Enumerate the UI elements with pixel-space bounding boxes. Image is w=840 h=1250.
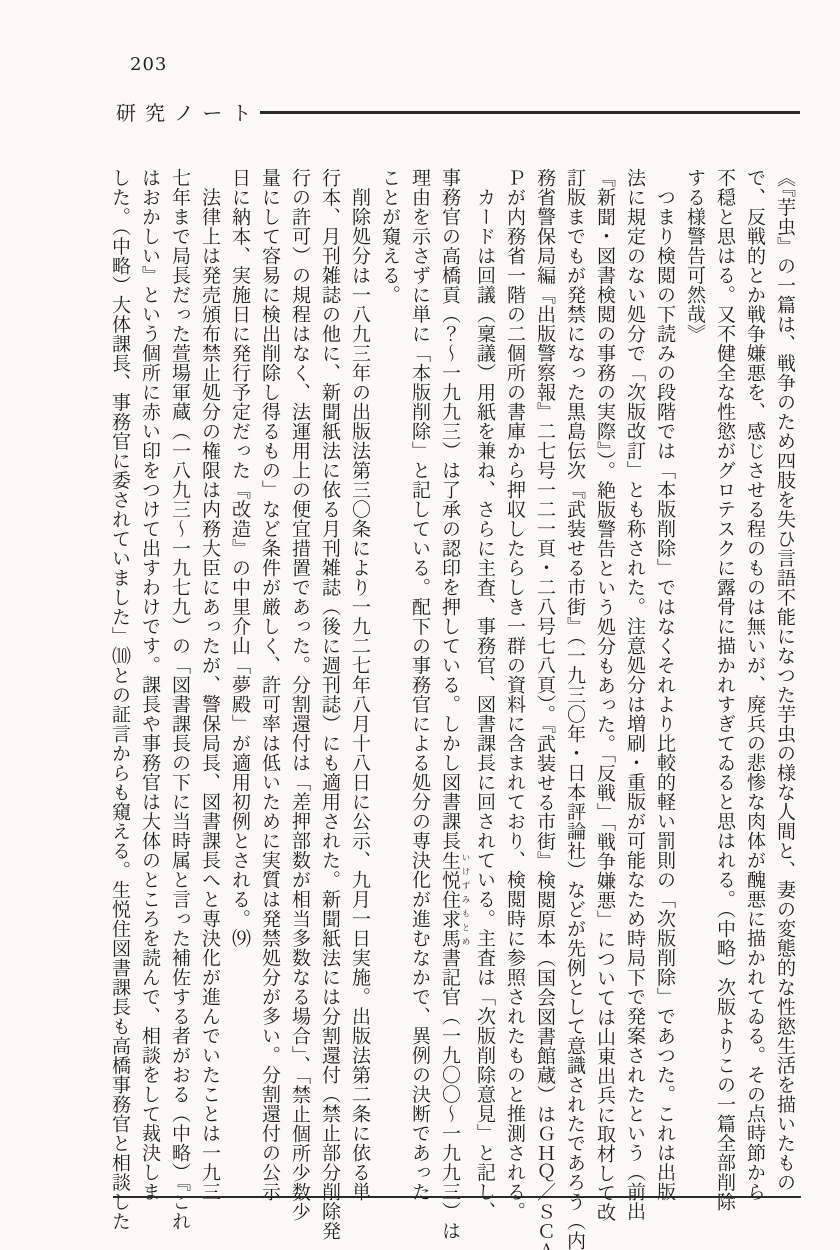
text-column: つまり検閲の下読みの段階では「本版削除」ではなくそれより比較的軽い罰則の「次版削…: [650, 168, 680, 1190]
text-column: Ｐが内務省一階の二個所の書庫から押収したらしき一群の資料に含まれており、検閲時に…: [500, 168, 530, 1190]
running-head: 研究ノート: [116, 97, 800, 126]
text-column: 量にして容易に検出削除し得るもの」など条件が厳しく、許可率は低いために実質は発禁…: [255, 168, 285, 1190]
scanned-document-page: 203 研究ノート 《『芋虫』の一篇は、戦争のため四肢を失ひ言語不能になつた芋虫…: [0, 0, 840, 1250]
text-column-with-ruby: 事務官の高橋貢（？〜一九九三）は了承の認印を押している。しかし図書課長生悦住求馬…: [435, 168, 470, 1190]
text-column: ことが窺える。: [375, 168, 405, 1190]
text-column: 日に納本、実施日に発行予定だった『改造』の中里介山「夢殿」が適用初例とされる。⑼: [225, 168, 255, 1190]
person-name-ruby: 生悦住求馬いけずみもとめ: [439, 851, 461, 949]
running-head-label: 研究ノート: [116, 97, 260, 126]
vertical-text-body: 《『芋虫』の一篇は、戦争のため四肢を失ひ言語不能になつた芋虫の様な人間と、妻の変…: [110, 168, 800, 1190]
text-column: 法律上は発売頒布禁止処分の権限は内務大臣にあったが、警保局長、図書課長へと専決化…: [195, 168, 225, 1190]
text-column: した。（中略）大体課長、事務官に委されていました」⑽との証言からも窺える。生悦住…: [105, 168, 135, 1190]
ruby-base: 生悦住求馬: [439, 851, 461, 949]
text-column: 行の許可）の規程はなく、法運用上の便宜措置であった。分割還付は「差押部数が相当多…: [285, 168, 315, 1190]
text-column: 訂版までもが発禁になった黒島伝次『武装せる市街』（一九三〇年・日本評論社）などが…: [560, 168, 590, 1190]
page-number: 203: [130, 54, 167, 75]
text-column: 行本、月刊雑誌の他に、新聞紙法に依る月刊雑誌（後に週刊誌）にも適用された。新聞紙…: [315, 168, 345, 1190]
text-column: 『新聞・図書検閲の事務の実際』）。絶版警告という処分もあった。「反戦」「戦争嫌悪…: [590, 168, 620, 1190]
text-column: 七年まで局長だった萱場軍蔵（一八九三〜一九七九）の「図書課長の下に当時属と言った…: [165, 168, 195, 1190]
text-column: カードは回議（稟議）用紙を兼ね、さらに主査、事務官、図書課長に回されている。主査…: [470, 168, 500, 1190]
text-column: 《『芋虫』の一篇は、戦争のため四肢を失ひ言語不能になつた芋虫の様な人間と、妻の変…: [770, 168, 800, 1190]
text-column: はおかしい』という個所に赤い印をつけて出すわけです。課長や事務官は大体のところを…: [135, 168, 165, 1190]
text-column: で、反戦的とか戦争嫌悪を、感じさせる程のものは無いが、廃兵の悲惨な肉体が醜悪に描…: [740, 168, 770, 1190]
text-segment: 事務官の高橋貢（？〜一九九三）は了承の認印を押している。しかし図書課長: [439, 168, 461, 851]
text-column: 不穏と思はる。又不健全な性慾がグロテスクに露骨に描かれすぎてゐると思はれる。（中…: [710, 168, 740, 1190]
text-column: 法に規定のない処分で「次版改訂」とも称された。注意処分は増刷・重版が可能なため時…: [620, 168, 650, 1190]
text-column: 理由を示さずに単に「本版削除」と記している。配下の事務官による処分の専決化が進む…: [405, 168, 435, 1190]
text-column: 削除処分は一八九三年の出版法第三〇条により一九二七年八月十八日に公示、九月一日実…: [345, 168, 375, 1190]
header-rule-line: [260, 111, 800, 114]
text-column: 務省警保局編『出版警察報』二七号一二一頁・二八号七八頁）。『武装せる市街』検閲原…: [530, 168, 560, 1190]
text-column: する様警告可然哉》: [680, 168, 710, 1190]
ruby-furigana: いけずみもとめ: [460, 851, 470, 948]
footer-rule-line: [113, 1196, 801, 1198]
